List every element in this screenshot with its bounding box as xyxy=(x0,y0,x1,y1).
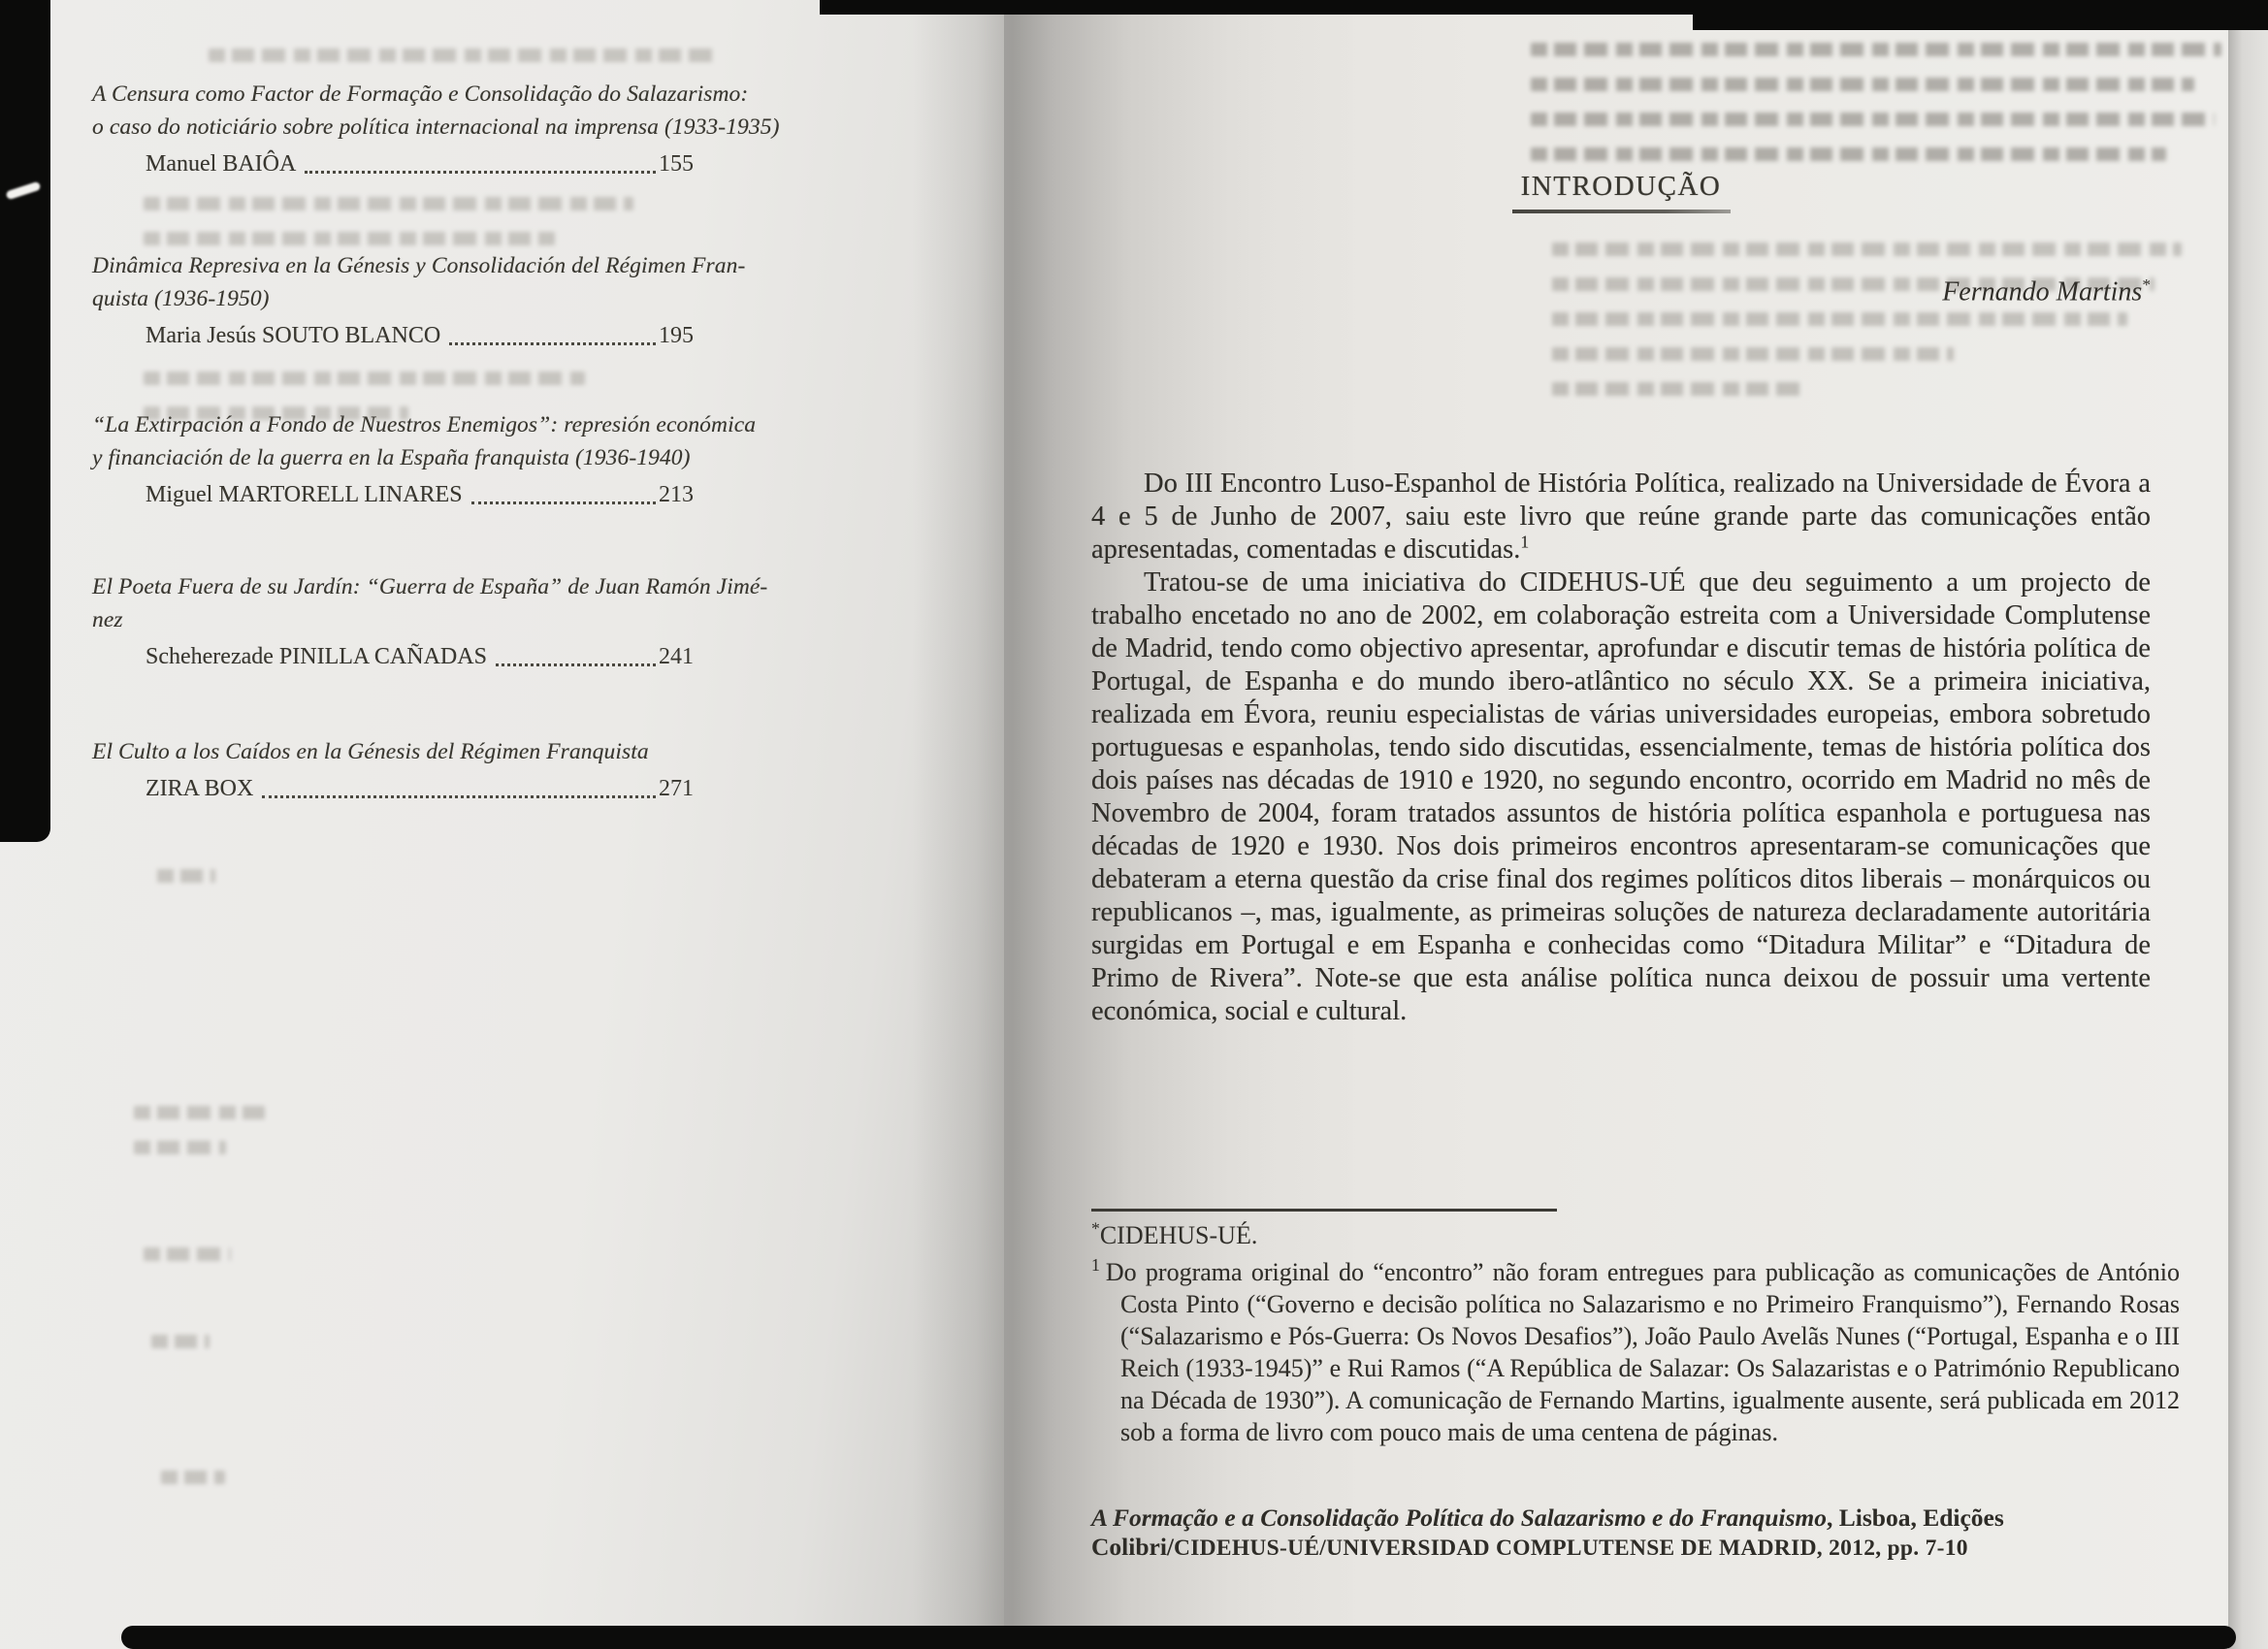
author-footnote-mark: * xyxy=(2142,275,2151,294)
bleed-through-text xyxy=(161,1471,225,1505)
title-underline xyxy=(1512,210,1731,213)
source-citation: A Formação e a Consolidação Política do … xyxy=(1091,1503,2151,1563)
toc-author-line: Scheherezade PINILLA CAÑADAS 241 xyxy=(92,640,694,674)
toc-entry: A Censura como Factor de Formação e Cons… xyxy=(92,78,694,181)
bleed-through-text xyxy=(144,1247,231,1282)
toc-entry-title: El Poeta Fuera de su Jardín: “Guerra de … xyxy=(92,570,694,603)
toc-entry: Dinâmica Represiva en la Génesis y Conso… xyxy=(92,249,694,353)
toc-author-line: Manuel BAIÔA 155 xyxy=(92,147,694,181)
chapter-title: INTRODUÇÃO xyxy=(1521,171,1722,203)
bleed-through-text xyxy=(151,1335,210,1370)
scan-edge-top-right xyxy=(1693,0,2268,30)
chapter-title-wrap: INTRODUÇÃO xyxy=(1091,171,2151,213)
toc-entry-title: A Censura como Factor de Formação e Cons… xyxy=(92,78,694,111)
scan-edge-bottom xyxy=(121,1626,2236,1649)
asterisk-marker: * xyxy=(1091,1218,1100,1238)
paragraph: Do III Encontro Luso-Espanhol de Históri… xyxy=(1091,468,2151,566)
toc-author-line: Miguel MARTORELL LINARES 213 xyxy=(92,478,694,512)
right-paper-edge xyxy=(2228,0,2268,1649)
toc-entry-title: quista (1936-1950) xyxy=(92,282,694,315)
toc-entry: “La Extirpación a Fondo de Nuestros Enem… xyxy=(92,408,694,512)
toc-page-number: 241 xyxy=(659,640,694,674)
toc-author: Manuel BAIÔA xyxy=(146,147,296,181)
toc-author-line: ZIRA BOX 271 xyxy=(92,772,694,806)
scan-edge-top xyxy=(820,0,1698,15)
toc-entry: El Culto a los Caídos en la Génesis del … xyxy=(92,735,694,806)
chapter-author: Fernando Martins* xyxy=(1091,275,2209,307)
footnote-asterisk: *CIDEHUS-UÉ. xyxy=(1091,1221,2151,1250)
toc-author: Scheherezade PINILLA CAÑADAS xyxy=(146,640,487,674)
toc-page-number: 271 xyxy=(659,772,694,806)
toc-author: Maria Jesús SOUTO BLANCO xyxy=(146,319,440,353)
body-text: Do III Encontro Luso-Espanhol de Históri… xyxy=(1091,468,2151,1028)
dotted-leader xyxy=(449,342,656,345)
bleed-through-text xyxy=(1552,242,2221,417)
footnote-reference: 1 xyxy=(1520,533,1529,552)
toc-entry: El Poeta Fuera de su Jardín: “Guerra de … xyxy=(92,570,694,674)
toc-entry-title: El Culto a los Caídos en la Génesis del … xyxy=(92,735,694,768)
toc-entry-title: o caso do noticiário sobre política inte… xyxy=(92,111,694,144)
toc-entry-title: y financiación de la guerra en la España… xyxy=(92,441,694,474)
toc-page-number: 195 xyxy=(659,319,694,353)
toc-entry-title: nez xyxy=(92,603,694,636)
toc-author-line: Maria Jesús SOUTO BLANCO 195 xyxy=(92,319,694,353)
dotted-leader xyxy=(496,663,656,666)
bleed-through-text xyxy=(157,869,215,904)
toc-author: Miguel MARTORELL LINARES xyxy=(146,478,463,512)
footnote-rule xyxy=(1091,1209,1557,1212)
citation-publisher-caps: CIDEHUS-UÉ/UNIVERSIDAD COMPLUTENSE DE MA… xyxy=(1174,1536,1968,1561)
toc-page-number: 155 xyxy=(659,147,694,181)
bleed-through-text xyxy=(1531,43,2221,182)
toc-entry-title: “La Extirpación a Fondo de Nuestros Enem… xyxy=(92,408,694,441)
toc-page-number: 213 xyxy=(659,478,694,512)
footnote-1-marker: 1 xyxy=(1091,1255,1100,1275)
toc-entry-title: Dinâmica Represiva en la Génesis y Conso… xyxy=(92,249,694,282)
footnote-1: 1Do programa original do “encontro” não … xyxy=(1091,1256,2180,1448)
dotted-leader xyxy=(471,501,656,504)
scan-edge-left xyxy=(0,0,50,842)
dotted-leader xyxy=(305,171,656,174)
toc-author: ZIRA BOX xyxy=(146,772,253,806)
dotted-leader xyxy=(262,795,656,798)
bleed-through-text xyxy=(134,1106,265,1176)
author-name: Fernando Martins xyxy=(1942,276,2142,307)
citation-book-title: A Formação e a Consolidação Política do … xyxy=(1091,1503,1827,1532)
paragraph: Tratou-se de uma iniciativa do CIDEHUS-U… xyxy=(1091,566,2151,1028)
